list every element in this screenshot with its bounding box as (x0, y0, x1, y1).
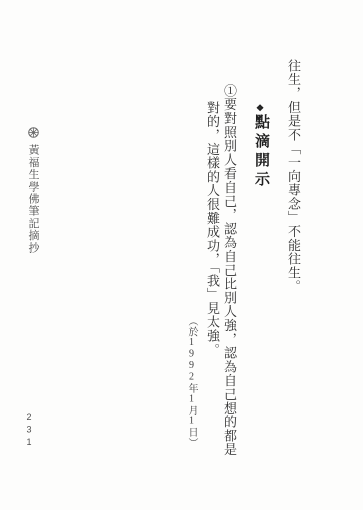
continuation-text: 往生，但是不「一向專念」不能往生。 (287, 59, 300, 294)
entry-line-2: 對的，這樣的人很難成功，「我」見太強。 (206, 101, 219, 357)
diamond-marker-icon: ❖ (253, 104, 266, 114)
section-heading: ❖點滴開示 (253, 104, 268, 190)
spine-book-title: 黃福生學佛筆記摘抄 (27, 144, 38, 254)
page-number: 231 (24, 412, 33, 450)
seal-ornament-icon (28, 127, 39, 138)
entry-date-note: （於1992年1月1日） (186, 316, 196, 448)
section-title: 點滴開示 (253, 114, 269, 190)
entry-line-1: ①要對照別人看自己，認為自己比別人強，認為自己想的都是 (223, 84, 236, 457)
book-page: 往生，但是不「一向專念」不能往生。 ❖點滴開示 ①要對照別人看自己，認為自己比別… (0, 0, 363, 510)
